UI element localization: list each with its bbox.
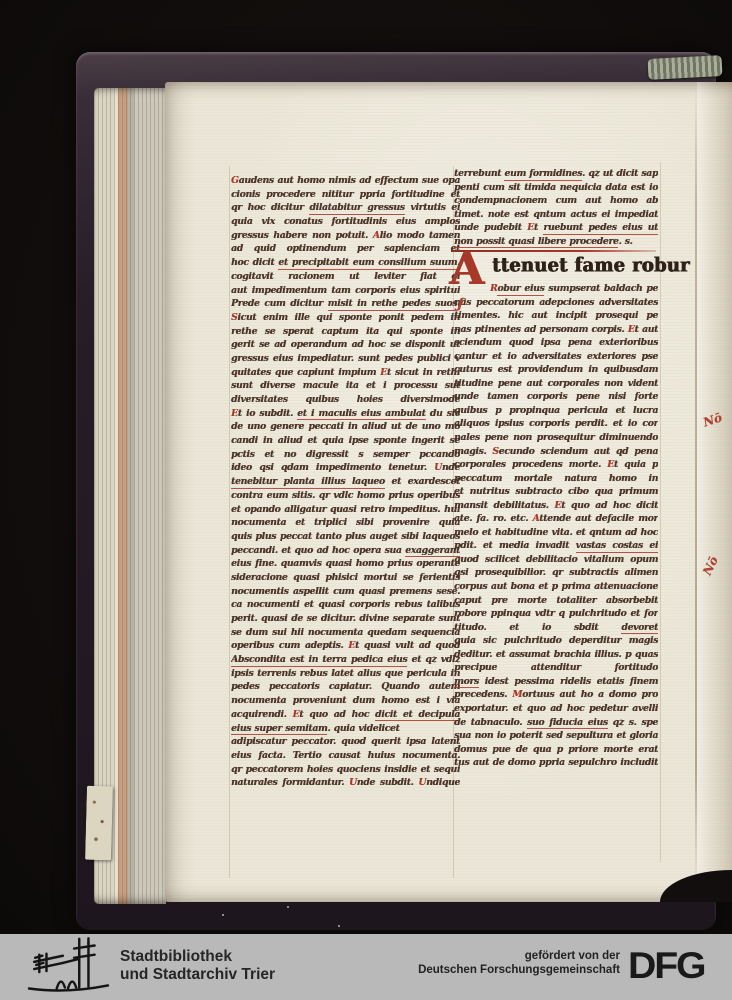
manuscript-line: quia vix conatus fortitudinis eius amplo… bbox=[231, 215, 460, 229]
manuscript-line: de uno genere peccati in aliud ut de uno… bbox=[231, 420, 460, 434]
manuscript-line: sideracione quasi phisici mortui se feri… bbox=[231, 571, 460, 585]
manuscript-line: ca nocumenti et quasi corporis rebus tal… bbox=[231, 598, 460, 612]
manuscript-line: terrebunt eum formidines. qz ut dicit sa… bbox=[454, 167, 658, 181]
manuscript-line: sua non io poterit sed sepultura et glor… bbox=[454, 729, 658, 743]
manuscript-line: Gaudens aut homo nimis ad effectum sue o… bbox=[231, 174, 460, 188]
manuscript-line: se dum sui hii nocumenta quedam sequenci… bbox=[231, 626, 460, 640]
library-name-line2: und Stadtarchiv Trier bbox=[120, 966, 275, 984]
manuscript-line: exportatur. et quo ad hoc pedetur avelli bbox=[454, 702, 658, 716]
manuscript-line: pedes peccatoris capiatur. Quando autem … bbox=[231, 680, 460, 694]
funding-credit-line2: Deutschen Forschungsgemeinschaft bbox=[320, 964, 620, 978]
manuscript-line: nas ptinentes ad personam corpis. Et aut bbox=[454, 323, 658, 337]
funding-credit-line1: gefördert von der bbox=[320, 950, 620, 964]
manuscript-line: domus pue de qua p priore morte erat cer… bbox=[454, 743, 658, 757]
manuscript-line: acquirendi. Et quo ad hoc dicit et decip… bbox=[231, 708, 460, 722]
manuscript-line: eius super semitam. quia videlicet bbox=[231, 722, 460, 736]
gutter-crease bbox=[695, 82, 697, 890]
digitized-manuscript-viewer: Gaudens aut homo nimis ad effectum sue o… bbox=[0, 0, 732, 1000]
scan-photo-area: Gaudens aut homo nimis ad effectum sue o… bbox=[0, 0, 732, 934]
manuscript-line: eius fine. quamvis quasi homo prius oper… bbox=[231, 557, 460, 571]
manuscript-line: peccandi. et quo ad hoc opera sua exagge… bbox=[231, 544, 460, 558]
manuscript-line: rethe se sperat captum ita qui sponte in bbox=[231, 325, 460, 339]
manuscript-line: aut impedimentum tam corporis eius spiri… bbox=[231, 284, 460, 298]
manuscript-line: nales pene non prosequitur diminuendo se… bbox=[454, 431, 658, 445]
manuscript-line: cionis procedere nititur ppria fortitudi… bbox=[231, 188, 460, 202]
manuscript-line: Abscondita est in terra pedica eius et q… bbox=[231, 653, 460, 667]
gutter-shade bbox=[697, 82, 732, 902]
manuscript-line: de tabnaculo. suo fiducia eius qz s. spe bbox=[454, 716, 658, 730]
manuscript-line: Robur eius sumpserat baldach pe bbox=[454, 282, 658, 296]
manuscript-line: quitates que capiunt impium Et sicut in … bbox=[231, 366, 460, 380]
funding-credit: gefördert von der Deutschen Forschungsge… bbox=[320, 950, 620, 977]
footer-banner: Stadtbibliothek und Stadtarchiv Trier ge… bbox=[0, 934, 732, 1000]
bookmark-tab bbox=[85, 786, 113, 861]
rubric-heading: ttenuet fame robur bbox=[492, 254, 658, 278]
text-column-right: terrebunt eum formidines. qz ut dicit sa… bbox=[454, 167, 658, 248]
manuscript-line: ideo qsi qdam impedimento tenetur. Unde … bbox=[231, 461, 460, 475]
manuscript-line: timentes. hic aut incipit prosequi pe bbox=[454, 309, 658, 323]
manuscript-line: nocumenta proveniunt dum homo est i via bbox=[231, 694, 460, 708]
manuscript-line: qr peccatorem hoies quociens insidie et … bbox=[231, 763, 460, 777]
library-name: Stadtbibliothek und Stadtarchiv Trier bbox=[120, 948, 275, 985]
manuscript-line: eius facta. Tertio causat huius nocument… bbox=[231, 749, 460, 763]
text-column-left: Gaudens aut homo nimis ad effectum sue o… bbox=[231, 174, 460, 790]
rubric-heading-row: A ttenuet fame robur bbox=[454, 249, 658, 280]
manuscript-line: candi in aliud et quia ipse sponte inger… bbox=[231, 434, 460, 448]
manuscript-line: tenebitur planta illius laqueo et exarde… bbox=[231, 475, 460, 489]
manuscript-line: cuturus est providendum in quibusdam cer bbox=[454, 363, 658, 377]
manuscript-line: et nutritus subtracto cibo qua primum su… bbox=[454, 485, 658, 499]
manuscript-line: operibus cum adeptis. Et quasi vult ad q… bbox=[231, 639, 460, 653]
manuscript-line: corpus aut bona et p prima attenuacione … bbox=[454, 580, 658, 594]
manuscript-line: adipiscatur peccator. quod querit ipsa l… bbox=[231, 735, 460, 749]
manuscript-line: pdit. et media invadit vastas costas ei bbox=[454, 539, 658, 553]
manuscript-line: cogitavit racionem ut leviter fiat ei da… bbox=[231, 270, 460, 284]
manuscript-line: caput pre morte totaliter absorbebit hom… bbox=[454, 594, 658, 608]
manuscript-line: ipsis terrenis rebus latet alius que per… bbox=[231, 667, 460, 681]
manuscript-line: condempnacionem cum aut homo ab hoibz si… bbox=[454, 194, 658, 208]
manuscript-line: sunt diverse macule ita et i processu su… bbox=[231, 379, 460, 393]
text-column-right-continued: Robur eius sumpserat baldach penas pecca… bbox=[454, 282, 658, 770]
manuscript-line: sciendum quod ipsa pena exterioribus imp… bbox=[454, 336, 658, 350]
manuscript-line: nocumentis aspellit cum quasi premens se… bbox=[231, 585, 460, 599]
library-name-line1: Stadtbibliothek bbox=[120, 948, 275, 966]
manuscript-line: mors idest pessima ridelis etatis finem bbox=[454, 675, 658, 689]
dust-speck bbox=[222, 914, 224, 916]
manuscript-line: corporales procedens morte. Et quia p bbox=[454, 458, 658, 472]
manuscript-line: gressus eius impediatur. sunt pedes publ… bbox=[231, 352, 460, 366]
manuscript-line: peccatum mortale natura homo in peccatum bbox=[454, 472, 658, 486]
manuscript-line: diversitates quibus hoies diversimode il… bbox=[231, 393, 460, 407]
dust-speck bbox=[338, 925, 340, 927]
manuscript-line: mansit debilitatus. Et quo ad hoc dicit … bbox=[454, 499, 658, 513]
manuscript-line: timet. note est qntum actus ei impediat bbox=[454, 208, 658, 222]
manuscript-line: quibus p propinqua pericula et lucra ali… bbox=[454, 404, 658, 418]
manuscript-line: unde pudebit Et ruebunt pedes eius ut si… bbox=[454, 221, 658, 235]
page-edge-stack bbox=[94, 88, 166, 904]
manuscript-line: precipue attenditur fortitudo primogenit… bbox=[454, 661, 658, 675]
manuscript-line: penti cum sit timida nequicia data est i… bbox=[454, 181, 658, 195]
manuscript-line: hoc dicit et precipitabit eum consilium … bbox=[231, 256, 460, 270]
manuscript-line: tus aut de domo ppria sepulchro includit bbox=[454, 756, 658, 770]
manuscript-page: Gaudens aut homo nimis ad effectum sue o… bbox=[165, 82, 732, 902]
manuscript-line: robore ppinqua vdtr q pulchritudo et for bbox=[454, 607, 658, 621]
manuscript-line: quod scilicet debilitacio vitalium opum bbox=[454, 553, 658, 567]
manuscript-line: deditur. et assumat brachia illius. p qu… bbox=[454, 648, 658, 662]
manuscript-line: naturales formidantur. Unde subdit. Undi… bbox=[231, 776, 460, 790]
page-corner-shadow bbox=[660, 870, 732, 902]
manuscript-line: quis plus peccat tanto plus auget sibi l… bbox=[231, 530, 460, 544]
manuscript-line: unde tamen corporis pene nisi forte qual… bbox=[454, 390, 658, 404]
manuscript-line: ate. fa. ro. etc. Attende aut defacile m… bbox=[454, 512, 658, 526]
rubric-block: A ttenuet fame robur Robur eius sumpsera… bbox=[454, 248, 658, 770]
manuscript-line: Sicut enim ille qui sponte ponit pedem i… bbox=[231, 311, 460, 325]
manuscript-line: et opando alligatur quasi retro impeditu… bbox=[231, 503, 460, 517]
ruling-line bbox=[229, 166, 230, 878]
manuscript-line: titudo. et io sbdit devoret pulchritudin… bbox=[454, 621, 658, 635]
manuscript-line: Prede cum dicitur misit in rethe pedes s… bbox=[231, 297, 460, 311]
manuscript-line: non possit quasi libere procedere. s. bbox=[454, 235, 658, 249]
manuscript-line: nas peccatorum adepciones adversitates p bbox=[454, 296, 658, 310]
manuscript-line: precedens. Mortuus aut ho a domo pro bbox=[454, 688, 658, 702]
manuscript-line: qr hoc dicitur dilatabitur gressus virtu… bbox=[231, 201, 460, 215]
manuscript-line: titudine pene aut corporales non vident bbox=[454, 377, 658, 391]
headband bbox=[648, 55, 723, 80]
manuscript-line: Et io subdit. et i maculis eius ambulat … bbox=[231, 407, 460, 421]
manuscript-line: quia sic pulchritudo deperditur magis cu… bbox=[454, 634, 658, 648]
manuscript-line: melo et habitudine vita. et qntum ad hoc… bbox=[454, 526, 658, 540]
manuscript-line: pctis et no digressit s semper pccando u… bbox=[231, 448, 460, 462]
manuscript-line: qsi prosequibilior. qr subtractis alimen bbox=[454, 566, 658, 580]
manuscript-line: perit. quasi de se dicitur. divine separ… bbox=[231, 612, 460, 626]
dfg-logo: DFG bbox=[628, 942, 732, 990]
manuscript-line: nocumenta et triplici sibi provenire qui… bbox=[231, 516, 460, 530]
manuscript-line: ad quid optinendum per sapienciam et ast… bbox=[231, 242, 460, 256]
manuscript-line: aliquos ipsius corporis perdit. et io co… bbox=[454, 417, 658, 431]
rubric-initial: A bbox=[449, 249, 484, 289]
porta-nigra-sketch-icon bbox=[26, 937, 112, 997]
manuscript-line: gerit se ad operandum ad hoc se disponit… bbox=[231, 338, 460, 352]
manuscript-line: gressus habere non potuit. Alio modo tam… bbox=[231, 229, 460, 243]
dust-speck bbox=[287, 906, 289, 908]
manuscript-line: magis. Secundo sciendum aut qd pena bbox=[454, 445, 658, 459]
manuscript-line: contra eum sitis. qr vdlc homo prius ope… bbox=[231, 489, 460, 503]
manuscript-line: cantur et io adversitates exteriores pse bbox=[454, 350, 658, 364]
